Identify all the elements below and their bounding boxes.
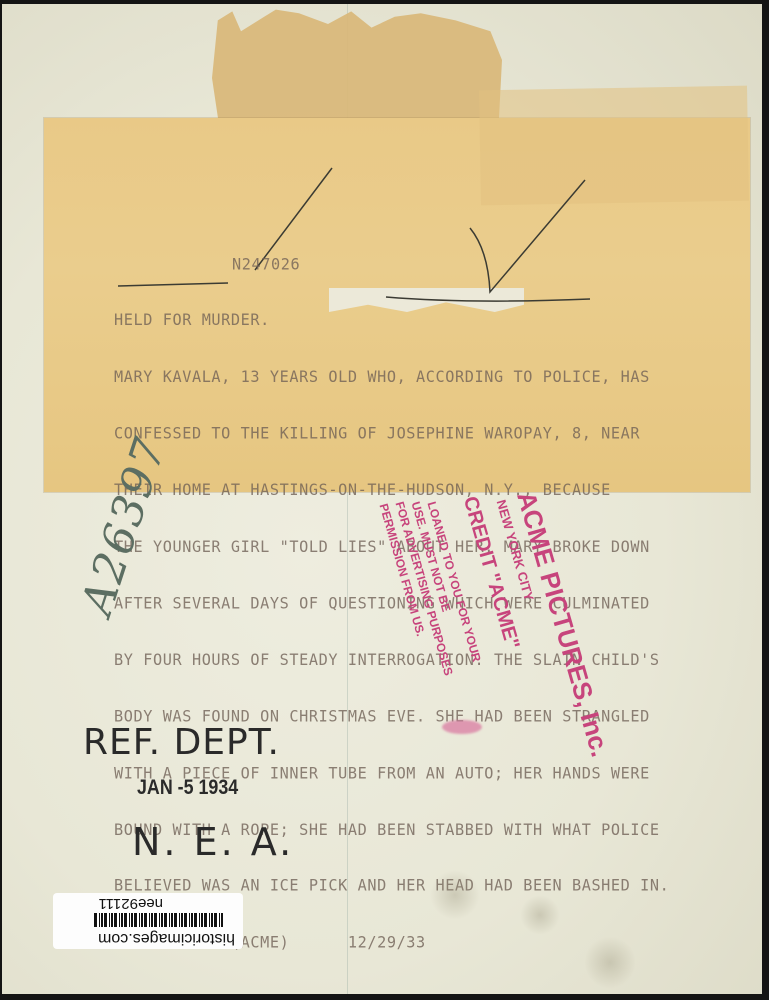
barcode-label: historicimages.com nee92111 — [53, 893, 243, 949]
tape-strip-right — [479, 86, 749, 206]
received-date-stamp: JAN -5 1934 — [137, 776, 238, 800]
fingerprint-smudge — [430, 870, 480, 920]
acme-agency-stamp: ACME PICTURES, Inc. NEW YORK CITY CREDIT… — [330, 488, 545, 688]
caption-line: MARY KAVALA, 13 YEARS OLD WHO, ACCORDING… — [114, 368, 744, 387]
reference-number: N247026 — [114, 255, 744, 274]
caption-headline: HELD FOR MURDER. — [114, 311, 744, 330]
ink-smudge — [442, 720, 482, 734]
barcode-code: nee92111 — [98, 895, 163, 912]
barcode-icon — [93, 913, 223, 927]
fingerprint-smudge — [585, 935, 635, 990]
fingerprint-smudge — [520, 895, 560, 935]
nea-stamp: N. E. A. — [132, 820, 294, 864]
barcode-site: historicimages.com — [98, 929, 235, 947]
ref-dept-stamp: REF. DEPT. — [83, 722, 280, 763]
caption-line: CONFESSED TO THE KILLING OF JOSEPHINE WA… — [114, 424, 744, 443]
